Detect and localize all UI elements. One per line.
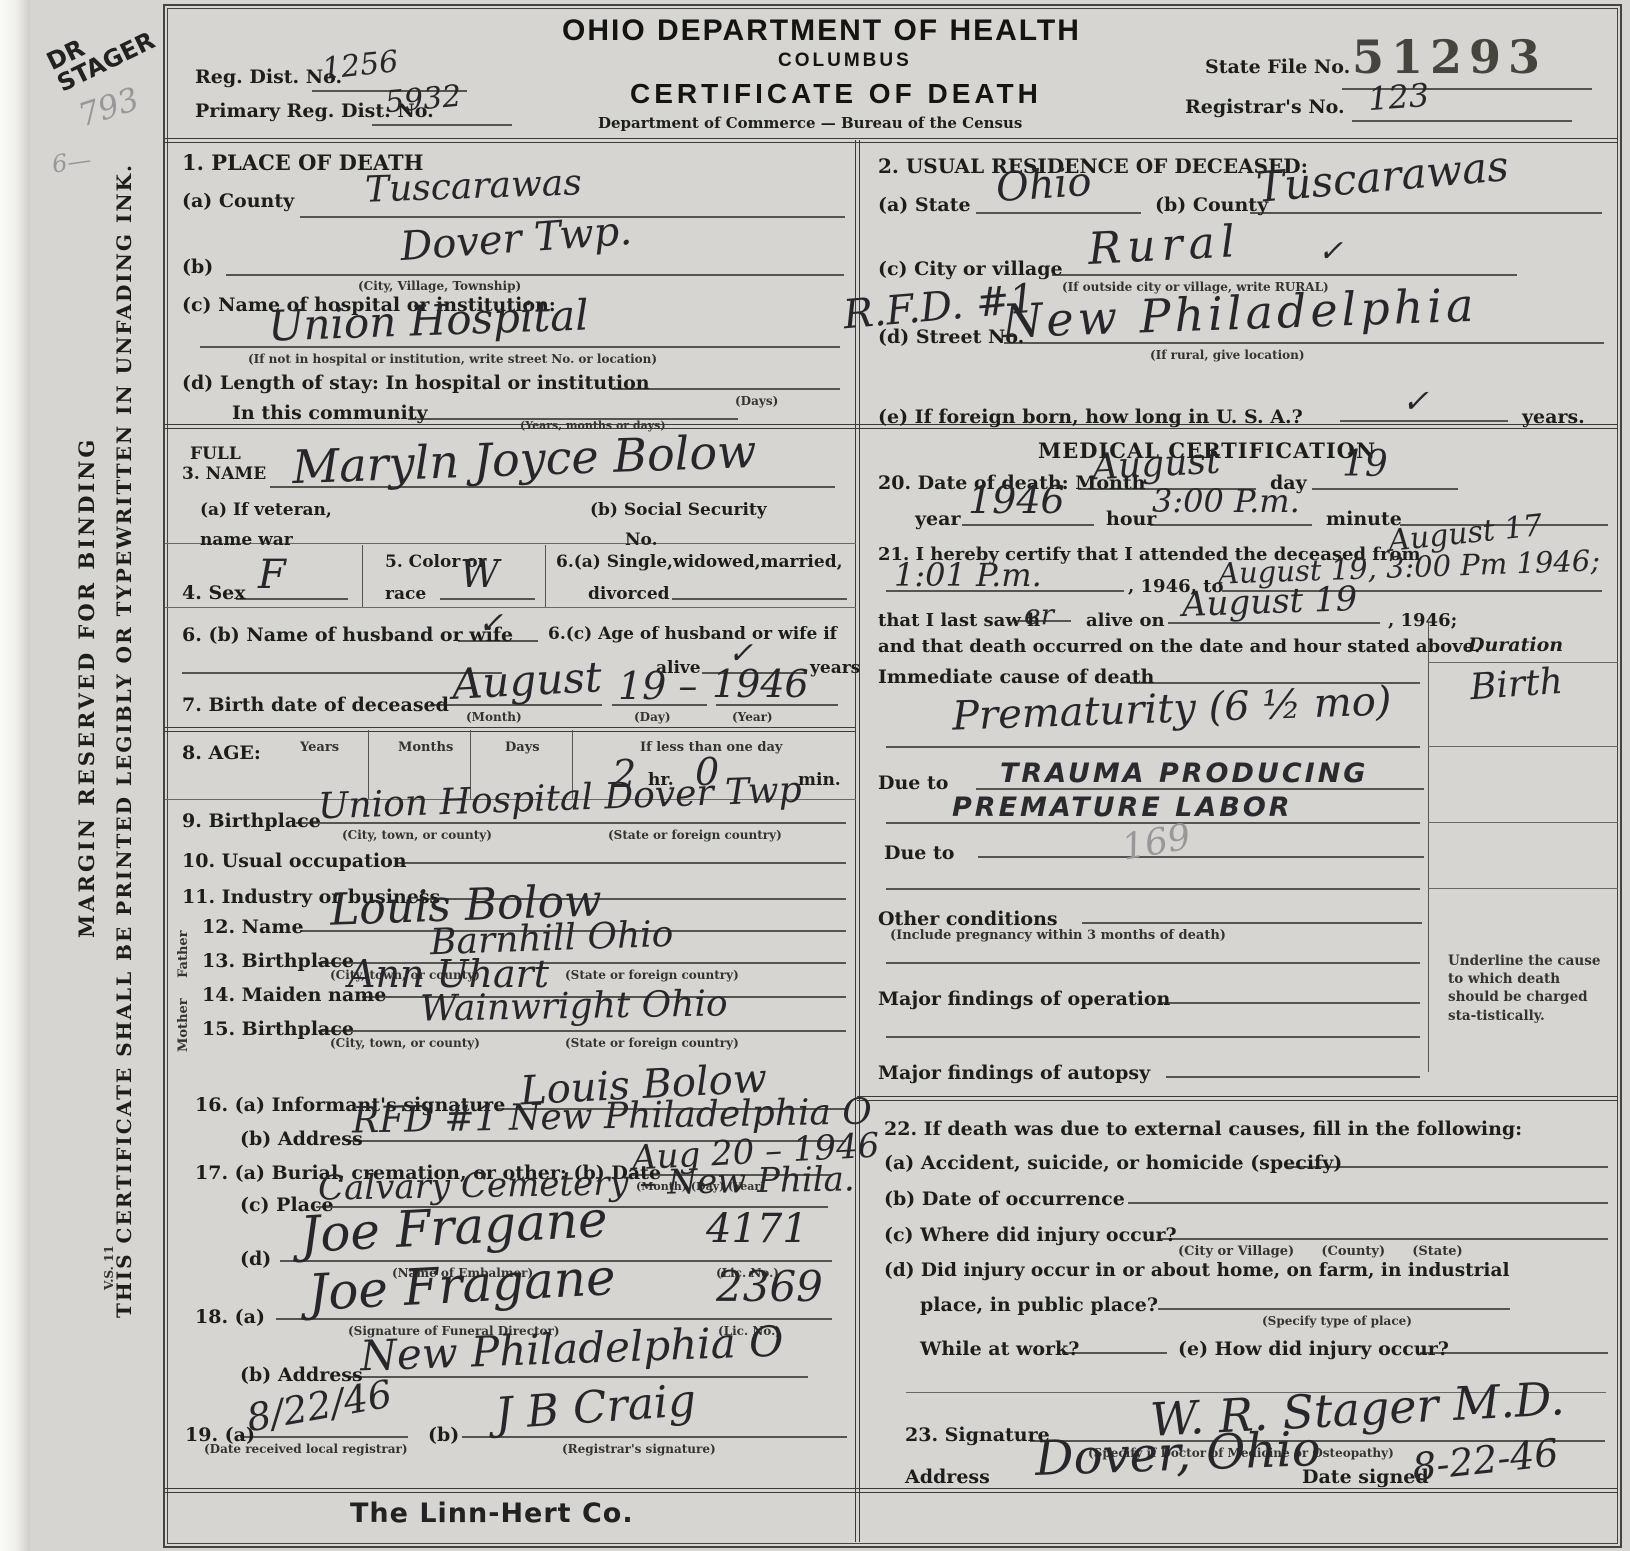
underline: [236, 598, 348, 600]
last-saw-her: er: [1024, 598, 1054, 631]
columbus-subtitle: COLUMBUS: [778, 50, 912, 72]
binding-margin-note: MARGIN RESERVED FOR BINDING: [74, 437, 99, 938]
foreign-born-check: ✓: [1402, 382, 1429, 420]
printer-imprint: The Linn-Hert Co.: [350, 1498, 634, 1529]
year-sub: (Year): [732, 710, 773, 724]
residence-city-value: Rural: [1087, 216, 1242, 275]
city-village-label: (b): [182, 256, 213, 278]
rule: [857, 1096, 1618, 1101]
birth-month-value: August: [451, 652, 603, 709]
corner-doctor-note: DR STAGER: [43, 4, 163, 95]
underline: [1158, 1308, 1510, 1310]
birth-date-label: 7. Birth date of deceased: [182, 694, 449, 716]
underline: [1052, 274, 1517, 276]
primary-reg-dist-value: 5932: [384, 79, 463, 121]
injury-place-label2: place, in public place?: [920, 1294, 1158, 1316]
how-injury-label: (e) How did injury occur?: [1178, 1338, 1449, 1360]
injury-where-sub: (City or Village) (County) (State): [1178, 1244, 1463, 1259]
race-value: W: [460, 552, 499, 596]
death-day-value: 19: [1342, 444, 1388, 485]
corner-pencil-mark: 6—: [50, 145, 93, 178]
last-saw-date: August 19: [1181, 579, 1358, 625]
funeral-director-label: 18. (a): [195, 1306, 265, 1328]
operation-findings-label: Major findings of operation: [878, 988, 1170, 1010]
reg-dist-label: Reg. Dist. No.: [195, 66, 342, 88]
ssn-label2: No.: [625, 530, 658, 550]
other-conditions-label: Other conditions: [878, 908, 1058, 930]
last-saw-label: that I last saw h: [878, 610, 1040, 631]
state-file-value: 51293: [1352, 30, 1547, 84]
residence-county-label: (b) County: [1155, 194, 1268, 216]
city-village-sub: (City, Village, Township): [358, 279, 521, 293]
occupation-label: 10. Usual occupation: [182, 850, 407, 872]
community-label: In this community: [232, 402, 428, 424]
underline: [1340, 420, 1508, 422]
underline: [1250, 212, 1602, 214]
veteran-label: (a) If veteran,: [200, 500, 332, 520]
certificate-title: CERTIFICATE OF DEATH: [630, 78, 1042, 110]
accident-label: (a) Accident, suicide, or homicide (spec…: [884, 1152, 1342, 1174]
spouse-name-label: 6. (b) Name of husband or wife: [182, 624, 513, 646]
attended-from-time: 1:01 P.m.: [894, 556, 1042, 594]
physician-signature-label: 23. Signature: [905, 1424, 1050, 1446]
sex-value: F: [258, 552, 286, 598]
underline: [440, 598, 535, 600]
rule: [165, 607, 856, 608]
residence-heading: 2. USUAL RESIDENCE OF DECEASED:: [878, 154, 1308, 178]
underline: [318, 1030, 846, 1032]
other-conditions-sub: (Include pregnancy within 3 months of de…: [890, 928, 1226, 943]
underline: [1352, 120, 1572, 122]
mother-bp-sub2: (State or foreign country): [565, 1036, 739, 1050]
veteran-label2: name war: [200, 530, 293, 550]
underline: [886, 962, 1420, 964]
marital-label: 6.(a) Single,widowed,married,: [556, 552, 843, 572]
rule: [545, 545, 546, 607]
rule: [1428, 888, 1618, 889]
injury-where-label: (c) Where did injury occur?: [884, 1224, 1177, 1246]
underline: [1150, 524, 1312, 526]
death-certificate-scan: DR STAGER 793 6— MARGIN RESERVED FOR BIN…: [0, 0, 1630, 1551]
underline: [886, 746, 1420, 748]
last-saw-year: , 1946;: [1388, 610, 1457, 631]
death-year-label: year: [915, 508, 960, 530]
underline: [886, 888, 1420, 890]
underline-cause-note: Underline the cause to which death shoul…: [1448, 952, 1608, 1025]
age-months-header: Months: [398, 740, 453, 755]
age-years-header: Years: [300, 740, 339, 755]
father-name-label: 12. Name: [202, 916, 304, 938]
residence-city-label: (c) City or village: [878, 258, 1063, 280]
underline: [226, 274, 844, 276]
underline: [1158, 1002, 1420, 1004]
duration-header: Duration: [1468, 634, 1563, 656]
underline: [886, 1036, 1420, 1038]
county-label: (a) County: [182, 190, 294, 212]
certify-line4: and that death occurred on the date and …: [878, 636, 1480, 657]
rule: [165, 727, 856, 732]
state-file-label: State File No.: [1205, 56, 1350, 78]
father-bp-sub2: (State or foreign country): [565, 968, 739, 982]
torn-paper-edge: [0, 0, 30, 1551]
length-of-stay-label: (d) Length of stay: In hospital or insti…: [182, 372, 650, 394]
due-to-1-label: Due to: [878, 772, 948, 794]
mother-side-label: Mother: [176, 998, 191, 1052]
age-label: 8. AGE:: [182, 742, 261, 764]
while-at-work-label: While at work?: [920, 1338, 1079, 1360]
duration-value: Birth: [1469, 661, 1564, 708]
underline: [962, 524, 1094, 526]
birthplace-sub1: (City, town, or county): [342, 828, 492, 842]
death-hour-label: hour: [1106, 508, 1156, 530]
underline: [978, 856, 1424, 858]
underline: [1160, 1238, 1608, 1240]
duration-box-border: [1428, 622, 1429, 1072]
ssn-label: (b) Social Security: [590, 500, 767, 520]
immediate-cause-label: Immediate cause of death: [878, 666, 1154, 688]
spouse-check: ✓: [478, 606, 503, 641]
registrar-received-sub: (Date received local registrar): [204, 1442, 408, 1456]
injury-place-sub: (Specify type of place): [1262, 1314, 1412, 1328]
occurrence-date-label: (b) Date of occurrence: [884, 1188, 1125, 1210]
birth-day-value: 19 –: [618, 664, 697, 708]
years-suffix: years: [810, 658, 860, 678]
underline: [1166, 1076, 1420, 1078]
column-divider: [855, 140, 860, 1542]
day-sub: (Day): [634, 710, 671, 724]
full-label: FULL: [190, 444, 241, 464]
month-sub: (Month): [466, 710, 522, 724]
name-label: 3. NAME: [182, 464, 266, 484]
days-sub: (Days): [735, 394, 778, 408]
department-title: OHIO DEPARTMENT OF HEALTH: [562, 14, 1081, 48]
due-to-1-value-line1: TRAUMA PRODUCING: [1000, 758, 1368, 789]
form-number: V.S. 11: [102, 1245, 116, 1290]
spouse-age-label: 6.(c) Age of husband or wife if: [548, 624, 837, 644]
embalmer-license: 4171: [706, 1206, 808, 1252]
rule: [1428, 746, 1618, 747]
foreign-born-years: years.: [1522, 406, 1585, 428]
bureau-line: Department of Commerce — Bureau of the C…: [598, 114, 1022, 132]
age-days-header: Days: [505, 740, 540, 755]
autopsy-findings-label: Major findings of autopsy: [878, 1062, 1150, 1084]
registrar-signature-sub: (Registrar's signature): [562, 1442, 716, 1456]
underline: [976, 212, 1141, 214]
rule: [165, 138, 1618, 143]
injury-place-label1: (d) Did injury occur in or about home, o…: [884, 1260, 1509, 1281]
registrar-no-value: 123: [1367, 76, 1431, 118]
physician-address-value: Dover, Ohio: [1034, 1421, 1321, 1487]
sex-label: 4. Sex: [182, 582, 246, 604]
birthplace-sub2: (State or foreign country): [608, 828, 782, 842]
foreign-born-label: (e) If foreign born, how long in U. S. A…: [878, 406, 1303, 428]
mother-bp-sub1: (City, town, or county): [330, 1036, 480, 1050]
unfading-ink-note: THIS CERTIFICATE SHALL BE PRINTED LEGIBL…: [112, 163, 136, 1318]
underline: [1082, 922, 1422, 924]
rule: [362, 545, 363, 607]
birth-year-value: 1946: [712, 662, 809, 706]
residence-street-sub: (If rural, give location): [1150, 348, 1305, 362]
informant-address-label: (b) Address: [240, 1128, 363, 1150]
due-to-2-label: Due to: [884, 842, 954, 864]
residence-state-value: Ohio: [995, 159, 1093, 212]
county-value: Tuscarawas: [364, 162, 582, 211]
death-hour-value: 3:00 P.m.: [1152, 482, 1300, 520]
embalmer-label: (d): [240, 1248, 271, 1270]
mother-birthplace-value: Wainwright Ohio: [420, 983, 728, 1029]
underline: [1128, 1202, 1608, 1204]
death-year-value: 1946: [968, 478, 1065, 522]
father-side-label: Father: [176, 930, 191, 978]
registrar-sig-label: (b): [428, 1424, 459, 1446]
underline: [672, 598, 847, 600]
registrar-no-label: Registrar's No.: [1185, 96, 1345, 118]
due-to-1-value-line2: PREMATURE LABOR: [952, 792, 1293, 823]
hospital-sub: (If not in hospital or institution, writ…: [248, 352, 657, 366]
funeral-director-license: 2369: [716, 1262, 823, 1311]
rule: [1428, 822, 1618, 823]
residence-state-label: (a) State: [878, 194, 971, 216]
birthplace-label: 9. Birthplace: [182, 810, 321, 832]
physician-address-label: Address: [905, 1466, 990, 1488]
divorced-label: divorced: [588, 584, 670, 604]
rule: [165, 1488, 1618, 1493]
alive-on-label: alive on: [1086, 610, 1165, 631]
underline: [372, 124, 512, 126]
external-causes-heading: 22. If death was due to external causes,…: [884, 1118, 1522, 1140]
underline: [396, 862, 846, 864]
min-label: min.: [798, 770, 841, 790]
underline: [1312, 488, 1458, 490]
race-label: race: [385, 584, 426, 604]
residence-city-check: ✓: [1318, 234, 1343, 269]
